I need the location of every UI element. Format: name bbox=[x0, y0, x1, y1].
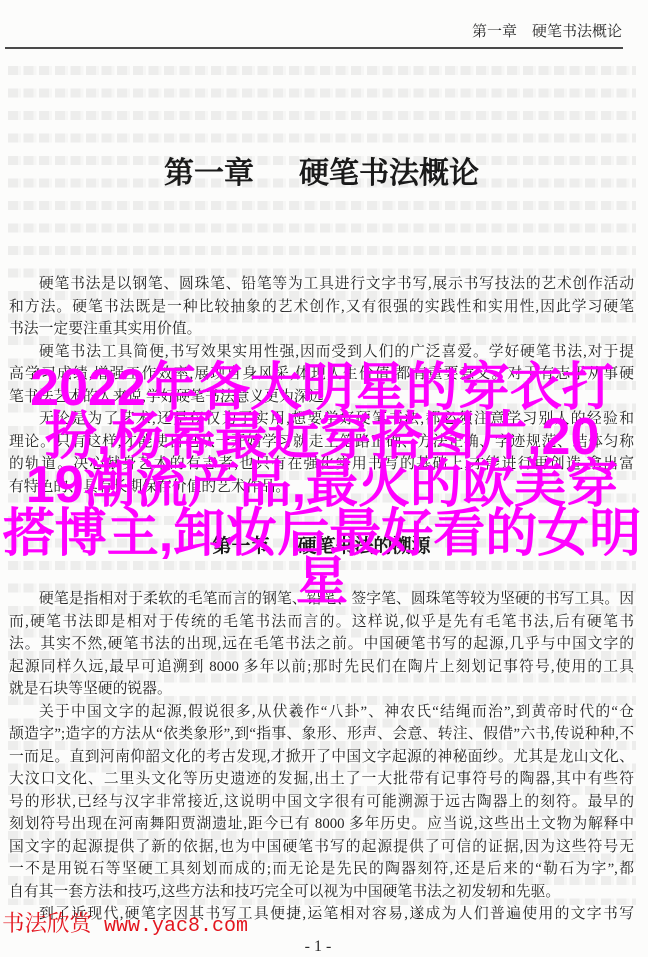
text-line: 书法一定要注重其实用价值。 bbox=[9, 318, 634, 341]
text-line: 号的形状,已经与汉字非常接近,这说明中国文字很有可能溯源于远古陶器上的刻符。最早… bbox=[9, 791, 634, 814]
text-line: 一不是用锐石等坚硬工具刻划而成的;而无论是先民的陶器刻符,还是后来的“勒石为字”… bbox=[9, 858, 634, 881]
text-line: 法。其实不然,硬笔书法的出现,远在毛笔书法之前。中国硬笔书写的起源,几乎与中国文… bbox=[9, 633, 634, 656]
text-line: 硬笔书法是以钢笔、圆珠笔、铅笔等为工具进行文字书写,展示书写技法的艺术创作活动 bbox=[9, 273, 634, 296]
running-header-title: 硬笔书法概论 bbox=[532, 24, 622, 40]
watermark-label: 书法欣赏 bbox=[2, 911, 92, 936]
text-line: 刻划符号出现在河南舞阳贾湖遗址,距今已有 8000 多年历史。应当说,这些出土文… bbox=[9, 813, 634, 836]
overlay-caption: 2022年各大明星的穿衣打 扮,杨幂最近穿搭图片,20 19潮流产品,最火的欧美… bbox=[0, 364, 644, 607]
page-number: - 1 - bbox=[0, 937, 636, 957]
running-header-chapter: 第一章 bbox=[472, 24, 517, 40]
overlay-caption-line: 扮,杨幂最近穿搭图片,20 bbox=[0, 413, 644, 462]
overlay-caption-line: 搭博主,卸妆后最好看的女明 bbox=[0, 510, 644, 559]
text-line: 大汶口文化、二里头文化等历史遗迹的发掘,出土了一大批带有记事符号的陶器,其中有些… bbox=[9, 768, 634, 791]
header-rule bbox=[5, 47, 623, 49]
overlay-caption-line: 19潮流产品,最火的欧美穿 bbox=[0, 461, 644, 510]
paragraph: 硬笔书法是以钢笔、圆珠笔、铅笔等为工具进行文字书写,展示书写技法的艺术创作活动 … bbox=[9, 273, 634, 341]
text-line: 和方法。硬笔书法既是一种比较抽象的艺术创作,又有很强的实践性和实用性,因此学习硬… bbox=[9, 296, 634, 319]
watermark: 书法欣赏www.yac8.com bbox=[2, 910, 248, 938]
overlay-caption-line: 星 bbox=[0, 558, 644, 607]
text-line: 国文字的起源提供了新的依据,也为中国硬笔书写的起源提供了可信的证据,因为这些符号… bbox=[9, 836, 634, 859]
text-line: 一而足。直到河南仰韶文化的考古发现,才掀开了中国文字起源的神秘面纱。尤其是龙山文… bbox=[9, 746, 634, 769]
text-line: 而,硬笔书法即是相对于传统的毛笔书法而言的。这样说,似乎是先有毛笔书法,后有硬笔… bbox=[9, 611, 634, 634]
text-line: 关于中国文字的起源,假说很多,从伏羲作“八卦”、神农氏“结绳而治”,到黄帝时代的… bbox=[9, 701, 634, 724]
text-line: 就是石块等坚硬的锐器。 bbox=[9, 678, 634, 701]
text-line: 颉造字”;造字的方法从“依类象形”,到“指事、象形、形声、会意、转注、假借”六书… bbox=[9, 723, 634, 746]
scanned-book-page: 第一章硬笔书法概论 第一章硬笔书法概论 硬笔书法是以钢笔、圆珠笔、铅笔等为工具进… bbox=[0, 0, 648, 957]
paragraph: 关于中国文字的起源,假说很多,从伏羲作“八卦”、神农氏“结绳而治”,到黄帝时代的… bbox=[9, 701, 634, 904]
text-line: 自有其一套方法和技巧,这些方法和技巧完全可以视为中国硬笔书法之初发轫和先驱。 bbox=[9, 881, 634, 904]
chapter-number: 第一章 bbox=[164, 157, 254, 190]
chapter-heading: 第一章硬笔书法概论 bbox=[9, 154, 634, 194]
overlay-caption-line: 2022年各大明星的穿衣打 bbox=[0, 364, 644, 413]
chapter-title-text: 硬笔书法概论 bbox=[299, 157, 479, 190]
watermark-url: www.yac8.com bbox=[104, 915, 248, 938]
text-line: 起源同样久远,最早可追溯到 8000 多年以前;那时先民们在陶片上刻划记事符号,… bbox=[9, 656, 634, 679]
running-header: 第一章硬笔书法概论 bbox=[472, 23, 622, 41]
